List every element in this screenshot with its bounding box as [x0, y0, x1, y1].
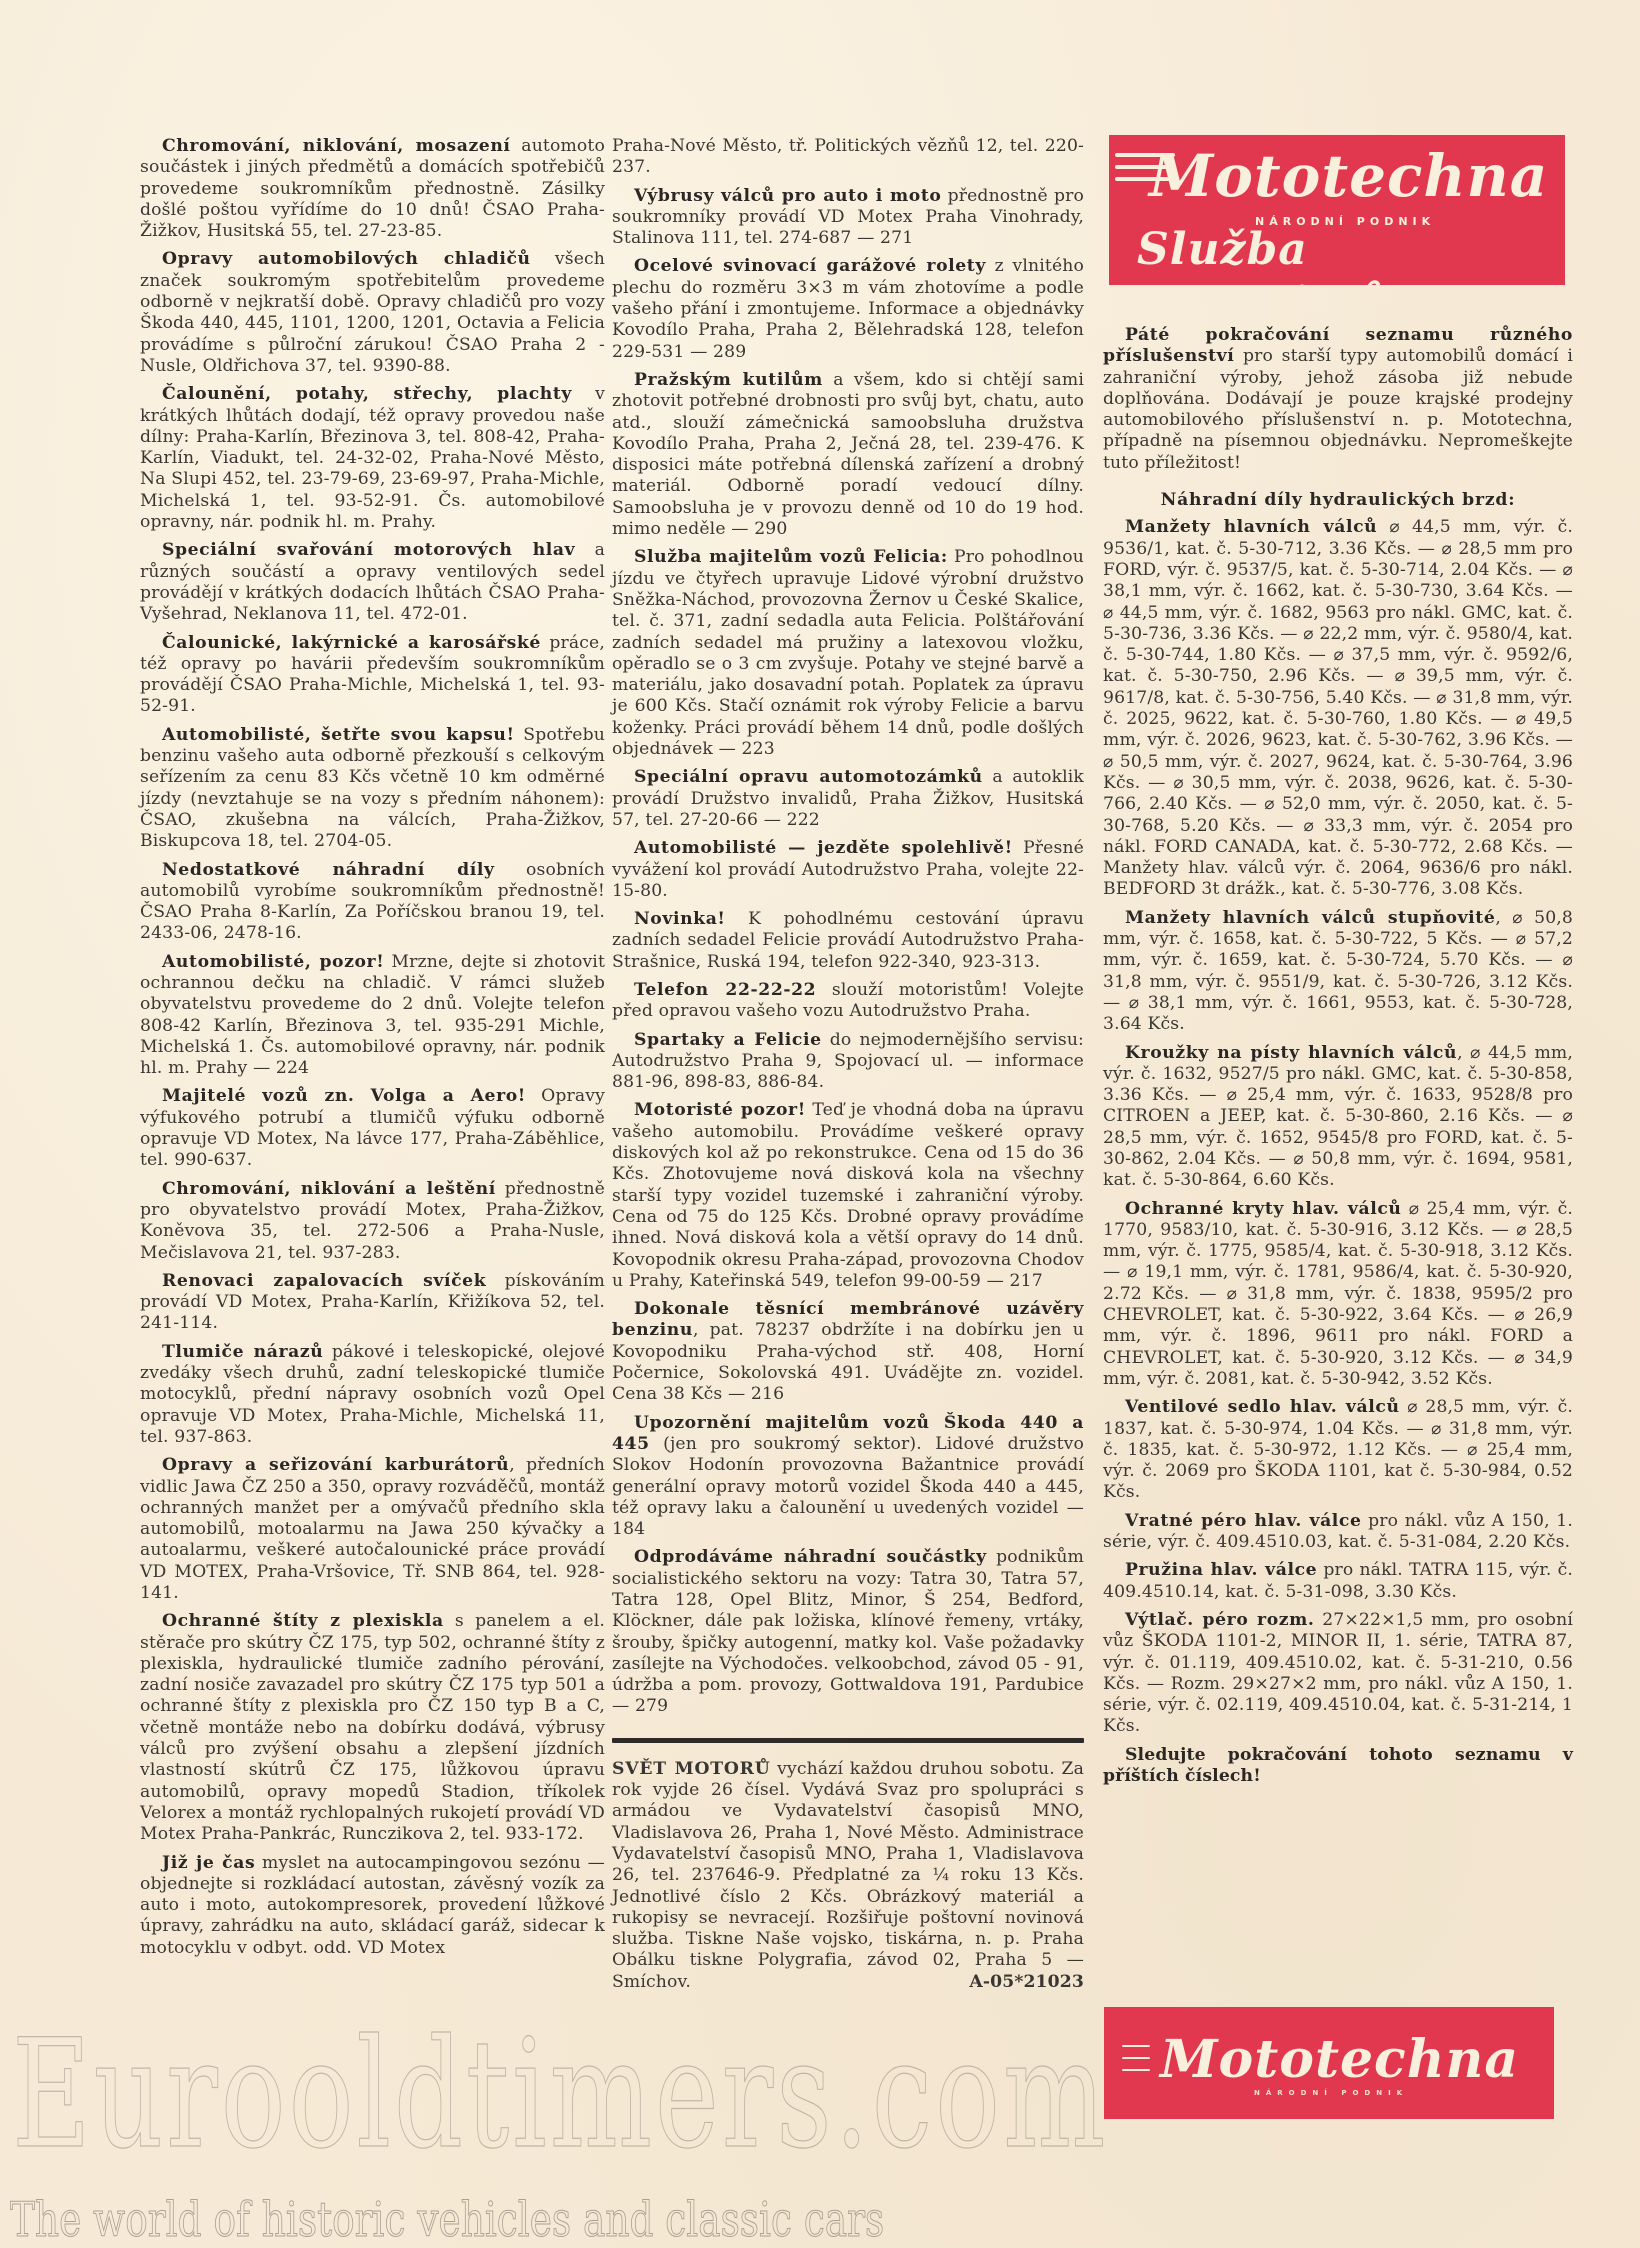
- ad-paragraph: Spartaky a Felicie do nejmodernějšího se…: [612, 1030, 1084, 1094]
- continuation-paragraph: Praha-Nové Město, tř. Politických vězňů …: [612, 136, 1084, 179]
- magazine-title: SVĚT MOTORŮ: [612, 1759, 771, 1779]
- ad-paragraph: Pražským kutilům a všem, kdo si chtějí s…: [612, 370, 1084, 540]
- ad-paragraph-lead: Speciální opravu automotozámků: [634, 767, 983, 787]
- ad-paragraph: Výbrusy válců pro auto i moto přednostně…: [612, 186, 1084, 250]
- brand-logo: Mototechna: [1149, 141, 1548, 211]
- ad-paragraph-lead: Nedostatkové náhradní díly: [162, 860, 495, 880]
- ad-paragraph: Renovaci zapalovacích svíček pískováním …: [140, 1271, 605, 1335]
- ad-paragraph: Upozornění majitelům vozů Škoda 440 a 44…: [612, 1413, 1084, 1541]
- ad-paragraph-lead: Chromování, niklování, mosazení: [162, 136, 511, 156]
- parts-item-lead: Ventilové sedlo hlav. válců: [1125, 1397, 1400, 1417]
- parts-item-lead: Výtlač. péro rozm.: [1125, 1610, 1315, 1630]
- ad-paragraph-lead: Automobilisté, pozor!: [162, 952, 384, 972]
- ad-paragraph: Nedostatkové náhradní díly osobních auto…: [140, 860, 605, 945]
- parts-item: Výtlač. péro rozm. 27×22×1,5 mm, pro oso…: [1103, 1610, 1573, 1738]
- ad-paragraph-lead: Čalounické, lakýrnické a karosářské: [162, 633, 541, 653]
- ad-paragraph: Speciální opravu automotozámků a autokli…: [612, 767, 1084, 831]
- print-code: A-05*21023: [969, 1972, 1084, 1993]
- ad-paragraph-lead: Již je čas: [162, 1853, 255, 1873]
- ad-paragraph: Odprodáváme náhradní součástky podnikům …: [612, 1547, 1084, 1717]
- ad-paragraph: Speciální svařování motorových hlav a rů…: [140, 540, 605, 625]
- site-watermark: Eurooldtimers.com: [12, 2020, 1108, 2170]
- parts-item-lead: Kroužky na písty hlavních válců: [1125, 1043, 1457, 1063]
- ad-paragraph-text: podnikům socialistického sektoru na vozy…: [612, 1547, 1084, 1716]
- ad-paragraph: Telefon 22-22-22 slouží motoristům! Vole…: [612, 980, 1084, 1023]
- ad-paragraph-lead: Čalounění, potahy, střechy, plachty: [162, 384, 572, 404]
- ad-paragraph: Již je čas myslet na autocampingovou sez…: [140, 1853, 605, 1959]
- parts-item: Manžety hlavních válců stupňovité, ⌀ 50,…: [1103, 908, 1573, 1036]
- mototechna-banner-bottom: Mototechna NÁRODNÍ PODNIK: [1104, 2007, 1554, 2119]
- closing-note: Sledujte pokračování tohoto seznamu v př…: [1103, 1745, 1573, 1788]
- ad-paragraph-lead: Automobilisté, šetřte svou kapsu!: [162, 725, 515, 745]
- ad-paragraph: Tlumiče nárazů pákové i teleskopické, ol…: [140, 1342, 605, 1448]
- parts-item: Ventilové sedlo hlav. válců ⌀ 28,5 mm, v…: [1103, 1397, 1573, 1503]
- ad-paragraph-text: (jen pro soukromý sektor). Lidové družst…: [612, 1434, 1084, 1539]
- ad-paragraph-lead: Telefon 22-22-22: [634, 980, 816, 1000]
- parts-item: Pružina hlav. válce pro nákl. TATRA 115,…: [1103, 1560, 1573, 1603]
- parts-item-lead: Manžety hlavních válců stupňovité: [1125, 908, 1495, 928]
- ad-paragraph: Motoristé pozor! Teď je vhodná doba na ú…: [612, 1100, 1084, 1292]
- ad-paragraph-lead: Služba majitelům vozů Felicia:: [634, 547, 948, 567]
- ad-paragraph: Novinka! K pohodlnému cestování úpravu z…: [612, 909, 1084, 973]
- brand-subtitle: NÁRODNÍ PODNIK: [1254, 2089, 1408, 2097]
- ad-paragraph: Chromování, niklování, mosazení automoto…: [140, 136, 605, 242]
- ad-paragraph-text: v krátkých lhůtách dodají, též opravy pr…: [140, 384, 605, 532]
- ad-paragraph-lead: Chromování, niklování a leštění: [162, 1179, 496, 1199]
- brand-logo: Mototechna: [1160, 2025, 1519, 2095]
- mototechna-banner-top: Mototechna NÁRODNÍ PODNIK Služba motoris…: [1109, 135, 1565, 285]
- middle-column: Praha-Nové Město, tř. Politických vězňů …: [612, 136, 1084, 2000]
- imprint-text: vychází každou druhou sobotu. Za rok vyj…: [612, 1759, 1084, 1992]
- ad-paragraph-text: , předních vidlic Jawa ČZ 250 a 350, opr…: [140, 1455, 605, 1603]
- ad-paragraph: Automobilisté — jezděte spolehlivě! Přes…: [612, 838, 1084, 902]
- parts-item-text: ⌀ 44,5 mm, výr. č. 9536/1, kat. č. 5-30-…: [1103, 517, 1573, 899]
- ad-paragraph-lead: Opravy automobilových chladičů: [162, 249, 531, 269]
- ad-paragraph: Čalounění, potahy, střechy, plachty v kr…: [140, 384, 605, 533]
- ad-paragraph-lead: Spartaky a Felicie: [634, 1030, 822, 1050]
- ad-paragraph: Dokonale těsnící membránové uzávěry benz…: [612, 1299, 1084, 1405]
- ad-paragraph-text: Teď je vhodná doba na úpravu vašeho auto…: [612, 1100, 1084, 1290]
- section-heading: Náhradní díly hydraulických brzd:: [1103, 490, 1573, 511]
- parts-list: Manžety hlavních válců ⌀ 44,5 mm, výr. č…: [1103, 517, 1573, 1737]
- ad-paragraph-text: Pro pohodlnou jízdu ve čtyřech upravuje …: [612, 547, 1084, 759]
- ad-paragraph-lead: Automobilisté — jezděte spolehlivě!: [634, 838, 1013, 858]
- ad-paragraph-lead: Opravy a seřizování karburátorů: [162, 1455, 509, 1475]
- middle-ads: Výbrusy válců pro auto i moto přednostně…: [612, 186, 1084, 1718]
- ad-paragraph: Opravy a seřizování karburátorů, předníc…: [140, 1455, 605, 1604]
- parts-item-lead: Manžety hlavních válců: [1125, 517, 1377, 537]
- ad-paragraph-lead: Motoristé pozor!: [634, 1100, 806, 1120]
- ad-paragraph-lead: Ocelové svinovací garážové rolety: [634, 256, 986, 276]
- ad-paragraph: Služba majitelům vozů Felicia: Pro pohod…: [612, 547, 1084, 760]
- magazine-page: Chromování, niklování, mosazení automoto…: [0, 0, 1640, 2248]
- intro-paragraph: Páté pokračování seznamu různého přísluš…: [1103, 325, 1573, 474]
- slogan: Služba motoristům: [1137, 223, 1565, 285]
- ad-paragraph: Čalounické, lakýrnické a karosářské prác…: [140, 633, 605, 718]
- ad-paragraph-lead: Výbrusy válců pro auto i moto: [634, 186, 941, 206]
- ad-paragraph-lead: Renovaci zapalovacích svíček: [162, 1271, 486, 1291]
- ad-paragraph-lead: Novinka!: [634, 909, 726, 929]
- parts-item-lead: Vratné péro hlav. válce: [1125, 1511, 1362, 1531]
- ad-paragraph-lead: Ochranné štíty z plexiskla: [162, 1611, 444, 1631]
- ad-paragraph-text: s panelem a el. stěrače pro skútry ČZ 17…: [140, 1611, 605, 1844]
- ad-paragraph-lead: Pražským kutilům: [634, 370, 823, 390]
- parts-item-text: ⌀ 25,4 mm, výr. č. 1770, 9583/10, kat. č…: [1103, 1199, 1573, 1389]
- section-divider: [612, 1738, 1084, 1743]
- ad-paragraph: Majitelé vozů zn. Volga a Aero! Opravy v…: [140, 1086, 605, 1171]
- ad-paragraph: Automobilisté, pozor! Mrzne, dejte si zh…: [140, 952, 605, 1080]
- parts-item-text: , ⌀ 44,5 mm, výr. č. 1632, 9527/5 pro ná…: [1103, 1043, 1573, 1191]
- parts-item-lead: Ochranné kryty hlav. válců: [1125, 1199, 1402, 1219]
- parts-item: Vratné péro hlav. válce pro nákl. vůz A …: [1103, 1511, 1573, 1554]
- right-column: Mototechna NÁRODNÍ PODNIK Služba motoris…: [1103, 135, 1573, 1794]
- parts-item: Ochranné kryty hlav. válců ⌀ 25,4 mm, vý…: [1103, 1199, 1573, 1391]
- speed-lines-icon: [1122, 2045, 1150, 2081]
- ad-paragraph: Chromování, niklování a leštění přednost…: [140, 1179, 605, 1264]
- ad-paragraph-lead: Odprodáváme náhradní součástky: [634, 1547, 987, 1567]
- ad-paragraph-lead: Speciální svařování motorových hlav: [162, 540, 575, 560]
- ad-paragraph-text: a všem, kdo si chtějí sami zhotovit potř…: [612, 370, 1084, 539]
- ad-paragraph: Opravy automobilových chladičů všech zna…: [140, 249, 605, 377]
- ad-paragraph: Ochranné štíty z plexiskla s panelem a e…: [140, 1611, 605, 1845]
- ad-paragraph-lead: Majitelé vozů zn. Volga a Aero!: [162, 1086, 526, 1106]
- ad-paragraph-lead: Tlumiče nárazů: [162, 1342, 323, 1362]
- ad-paragraph: Ocelové svinovací garážové rolety z vlni…: [612, 256, 1084, 362]
- parts-item: Kroužky na písty hlavních válců, ⌀ 44,5 …: [1103, 1043, 1573, 1192]
- ad-paragraph: Automobilisté, šetřte svou kapsu! Spotře…: [140, 725, 605, 853]
- left-column: Chromování, niklování, mosazení automoto…: [140, 136, 605, 1966]
- imprint: SVĚT MOTORŮ vychází každou druhou sobotu…: [612, 1759, 1084, 1993]
- parts-item: Manžety hlavních válců ⌀ 44,5 mm, výr. č…: [1103, 517, 1573, 900]
- parts-item-lead: Pružina hlav. válce: [1125, 1560, 1317, 1580]
- watermark-caption: The world of historic vehicles and class…: [10, 2194, 884, 2246]
